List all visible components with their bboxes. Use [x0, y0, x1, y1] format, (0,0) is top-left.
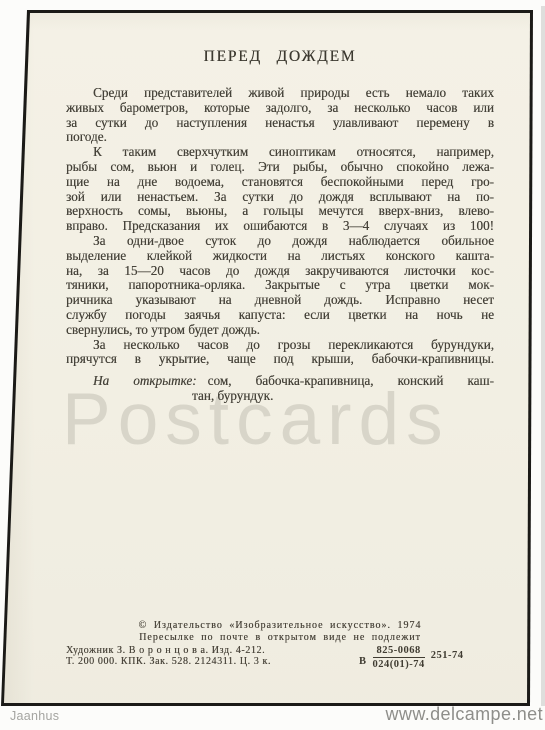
index-fraction: 825-0068 024(01)-74 — [373, 645, 425, 670]
text-line: выделение клейкой жидкости на листьях ко… — [66, 249, 494, 264]
page: Postcards ПЕРЕД ДОЖДЕМ Среди представите… — [0, 0, 545, 730]
index-denominator: 024(01)-74 — [373, 658, 425, 670]
text-line: рыбы сом, вьюн и голец. Эти рыбы, обычно… — [66, 160, 494, 175]
text-line: К таким сверхчутким синоптикам относятся… — [66, 145, 494, 160]
text-line: тяники, папоротника-орляка. Закрытые с у… — [66, 278, 494, 293]
imprint-publisher: © Издательство «Изобразительное искусств… — [66, 620, 494, 631]
text-line: прячутся в укрытие, чаще под крыши, бабо… — [66, 352, 494, 367]
caption-line: тан, бурундук. — [66, 389, 494, 404]
text-line: За несколько часов до грозы перекликаютс… — [66, 338, 494, 353]
text-line: щие на дне водоема, становятся беспокойн… — [66, 175, 494, 190]
order-code: 251-74 — [431, 650, 464, 665]
text-line: Среди представителей живой природы есть … — [66, 86, 494, 101]
text-line: службу погоды заячья капуста: если цветк… — [66, 308, 494, 323]
postcard-text: Среди представителей живой природы есть … — [66, 86, 494, 404]
postcard-content: ПЕРЕД ДОЖДЕМ Среди представителей живой … — [0, 0, 545, 730]
text-line: на, за 15—20 часов до дождя закручиваютс… — [66, 264, 494, 279]
imprint-mailing-note: Пересылке по почте в открытом виде не по… — [66, 632, 494, 643]
text-line: живых барометров, которые задолго, за не… — [66, 101, 494, 116]
text-line: ричника указывают на дневной дождь. Испр… — [66, 293, 494, 308]
text-line: верхность сомы, вьюны, а гольцы мечутся … — [66, 204, 494, 219]
index-letter: В — [359, 656, 367, 670]
caption-rest: сом, бабочка-крапивница, конский каш- — [208, 374, 494, 388]
index-numerator: 825-0068 — [373, 645, 425, 658]
text-line: погоде. — [66, 130, 494, 145]
text-line: свернулись, то утром будет дождь. — [66, 323, 494, 338]
caption-line: На открытке:сом, бабочка-крапивница, кон… — [66, 374, 494, 389]
caption-lead: На открытке: — [93, 374, 197, 388]
index-code: В 825-0068 024(01)-74 251-74 — [359, 645, 464, 670]
caption-block: На открытке:сом, бабочка-крапивница, кон… — [66, 374, 494, 404]
text-line: за сутки до наступления ненастья улавлив… — [66, 116, 494, 131]
text-line: зой или ненастьем. За сутки до дождя всп… — [66, 190, 494, 205]
text-line: За одни-двое суток до дождя наблюдается … — [66, 234, 494, 249]
text-line: вправо. Предсказания их ошибаются в 3—4 … — [66, 219, 494, 234]
postcard-title: ПЕРЕД ДОЖДЕМ — [66, 48, 494, 66]
